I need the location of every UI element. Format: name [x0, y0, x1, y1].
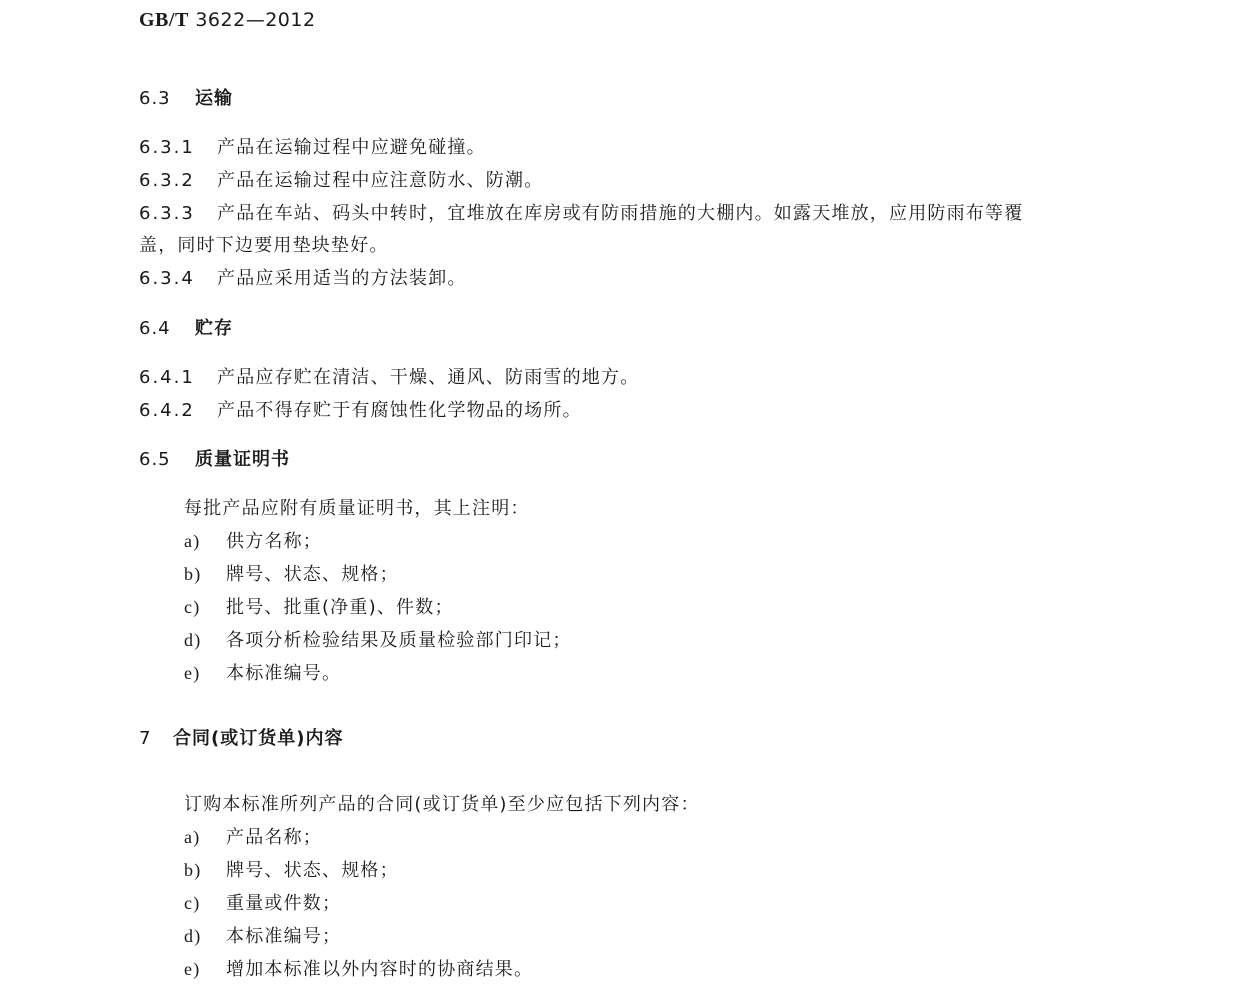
list-text: 增加本标准以外内容时的协商结果。: [226, 959, 533, 980]
list-text: 供方名称；: [226, 531, 322, 552]
list-marker: e): [184, 959, 226, 980]
section-number: 6.3: [139, 88, 195, 109]
clause-6-3-3: 6.3.3产品在车站、码头中转时，宜堆放在库房或有防雨措施的大棚内。如露天堆放，…: [139, 199, 1023, 225]
list-marker: a): [184, 531, 226, 552]
list-text: 本标准编号；: [226, 926, 341, 947]
list-marker: d): [184, 630, 226, 651]
list-text: 牌号、状态、规格；: [226, 860, 399, 881]
list-item: c)批号、批重(净重)、件数；: [184, 593, 454, 619]
clause-6-3-4: 6.3.4产品应采用适当的方法装卸。: [139, 264, 467, 290]
clause-text: 产品在运输过程中应避免碰撞。: [217, 137, 486, 158]
section-number: 6.5: [139, 449, 195, 470]
section-heading-6-3: 6.3运输: [139, 84, 233, 110]
clause-text: 产品应采用适当的方法装卸。: [217, 268, 467, 289]
clause-number: 6.4.2: [139, 400, 217, 421]
list-item: e)本标准编号。: [184, 659, 341, 685]
section-heading-6-4: 6.4贮存: [139, 314, 233, 340]
list-text: 牌号、状态、规格；: [226, 564, 399, 585]
section-heading-6-5: 6.5质量证明书: [139, 445, 290, 471]
section-title: 合同(或订货单)内容: [173, 728, 343, 749]
list-text: 重量或件数；: [226, 893, 341, 914]
clause-6-4-1: 6.4.1产品应存贮在清洁、干燥、通风、防雨雪的地方。: [139, 363, 639, 389]
clause-6-3-1: 6.3.1产品在运输过程中应避免碰撞。: [139, 133, 486, 159]
standard-prefix: GB/T: [139, 9, 189, 31]
list-marker: d): [184, 926, 226, 947]
clause-number: 6.3.1: [139, 137, 217, 158]
clause-text: 产品不得存贮于有腐蚀性化学物品的场所。: [217, 400, 582, 421]
section-title: 贮存: [195, 318, 233, 339]
section-number: 7: [139, 728, 173, 749]
section-title: 质量证明书: [195, 449, 290, 470]
clause-text: 盖，同时下边要用垫块垫好。: [139, 235, 389, 256]
clause-number: 6.4.1: [139, 367, 217, 388]
list-text: 产品名称；: [226, 827, 322, 848]
section-title: 运输: [195, 88, 233, 109]
standard-number: 3622—2012: [195, 9, 315, 31]
list-item: e)增加本标准以外内容时的协商结果。: [184, 955, 533, 981]
list-marker: a): [184, 827, 226, 848]
section-heading-7: 7合同(或订货单)内容: [139, 724, 343, 750]
list-marker: e): [184, 663, 226, 684]
list-item: b)牌号、状态、规格；: [184, 856, 399, 882]
list-item: a)产品名称；: [184, 823, 322, 849]
list-text: 批号、批重(净重)、件数；: [226, 597, 454, 618]
clause-number: 6.3.2: [139, 170, 217, 191]
clause-number: 6.3.4: [139, 268, 217, 289]
list-item: d)各项分析检验结果及质量检验部门印记；: [184, 626, 572, 652]
list-text: 本标准编号。: [226, 663, 341, 684]
list-item: d)本标准编号；: [184, 922, 341, 948]
clause-6-3-2: 6.3.2产品在运输过程中应注意防水、防潮。: [139, 166, 543, 192]
list-marker: c): [184, 597, 226, 618]
list-text: 各项分析检验结果及质量检验部门印记；: [226, 630, 572, 651]
clause-text: 产品在运输过程中应注意防水、防潮。: [217, 170, 543, 191]
list-marker: b): [184, 564, 226, 585]
list-marker: b): [184, 860, 226, 881]
section-6-5-intro: 每批产品应附有质量证明书，其上注明：: [184, 494, 530, 520]
list-item: c)重量或件数；: [184, 889, 341, 915]
list-marker: c): [184, 893, 226, 914]
clause-6-4-2: 6.4.2产品不得存贮于有腐蚀性化学物品的场所。: [139, 396, 582, 422]
document-header: GB/T 3622—2012: [139, 9, 316, 32]
clause-6-3-3-continuation: 盖，同时下边要用垫块垫好。: [139, 231, 389, 257]
section-number: 6.4: [139, 318, 195, 339]
clause-text: 产品在车站、码头中转时，宜堆放在库房或有防雨措施的大棚内。如露天堆放，应用防雨布…: [217, 203, 1023, 224]
section-7-intro: 订购本标准所列产品的合同(或订货单)至少应包括下列内容：: [184, 790, 700, 816]
clause-number: 6.3.3: [139, 203, 217, 224]
list-item: b)牌号、状态、规格；: [184, 560, 399, 586]
clause-text: 产品应存贮在清洁、干燥、通风、防雨雪的地方。: [217, 367, 639, 388]
list-item: a)供方名称；: [184, 527, 322, 553]
